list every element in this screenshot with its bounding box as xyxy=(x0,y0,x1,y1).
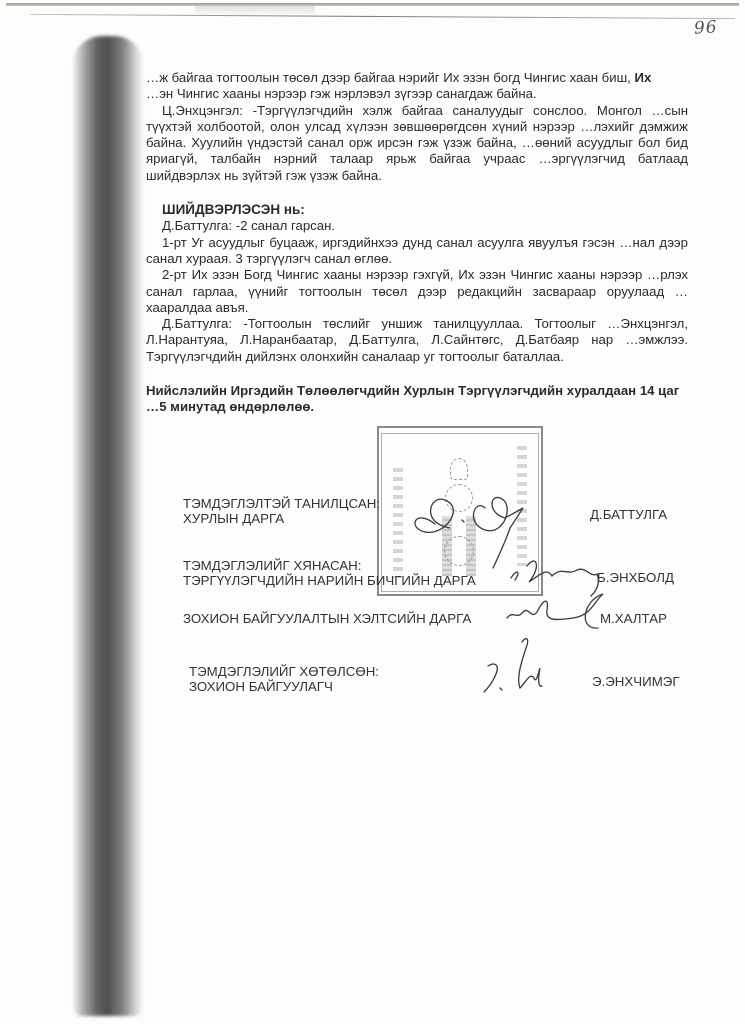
signature-4-label: ТЭМДЭГЛЭЛИЙГ ХӨТӨЛСӨН: ЗОХИОН БАЙГУУЛАГЧ xyxy=(189,664,379,694)
closing-line-2: …5 минутад өндөрлөлөө. xyxy=(146,399,688,415)
scan-edge-line xyxy=(30,14,735,19)
spacer xyxy=(146,184,688,202)
signature-3-label: ЗОХИОН БАЙГУУЛАЛТЫН ХЭЛТСИЙН ДАРГА xyxy=(183,611,471,626)
signature-4-name: Э.ЭНХЧИМЭГ xyxy=(592,674,680,689)
paragraph-1-line2: …эн Чингис хааны нэрээр гэж нэрлэвэл зүг… xyxy=(146,86,537,101)
decision-heading: ШИЙДВЭРЛЭСЭН нь: xyxy=(146,202,688,218)
signature-1-label-line2: ХУРЛЫН ДАРГА xyxy=(183,511,380,526)
signature-1-label: ТЭМДЭГЛЭЛТЭЙ ТАНИЛЦСАН: ХУРЛЫН ДАРГА xyxy=(183,496,380,526)
decision-item-4: Д.Баттулга: -Тогтоолын төслийг уншиж тан… xyxy=(146,316,688,365)
decision-item-3: 2-рт Их эзэн Богд Чингис хааны нэрээр гэ… xyxy=(146,267,688,316)
spacer xyxy=(146,365,688,383)
signature-2-label-line2: ТЭРГҮҮЛЭГЧДИЙН НАРИЙН БИЧГИЙН ДАРГА xyxy=(183,573,476,588)
paragraph-1-text: …ж байгаа тогтоолын төсөл дээр байгаа нэ… xyxy=(146,70,634,85)
document-body: …ж байгаа тогтоолын төсөл дээр байгаа нэ… xyxy=(146,70,688,416)
signature-2-label-line1: ТЭМДЭГЛЭЛИЙГ ХЯНАСАН: xyxy=(183,558,476,573)
soyombo-flame-icon xyxy=(450,458,468,480)
binding-shadow xyxy=(72,36,144,1016)
decision-item-1: Д.Баттулга: -2 санал гарсан. xyxy=(146,218,688,234)
signature-1-name: Д.БАТТУЛГА xyxy=(590,507,667,522)
signature-4-label-line1: ТЭМДЭГЛЭЛИЙГ ХӨТӨЛСӨН: xyxy=(189,664,379,679)
paragraph-1-bold: Их xyxy=(634,70,651,85)
page-number: 96 xyxy=(693,17,718,39)
scan-edge-top xyxy=(6,3,739,6)
decision-item-2: 1-рт Уг асуудлыг буцааж, иргэдийнхээ дун… xyxy=(146,235,688,268)
closing-line-1: Нийслэлийн Иргэдийн Төлөөлөгчдийн Хурлын… xyxy=(146,383,688,399)
signature-2-label: ТЭМДЭГЛЭЛИЙГ ХЯНАСАН: ТЭРГҮҮЛЭГЧДИЙН НАР… xyxy=(183,558,476,588)
paragraph-2: Ц.Энхцэнгэл: -Тэргүүлэгчдийн хэлж байгаа… xyxy=(146,103,688,184)
signature-1-label-line1: ТЭМДЭГЛЭЛТЭЙ ТАНИЛЦСАН: xyxy=(183,496,380,511)
signature-4-label-line2: ЗОХИОН БАЙГУУЛАГЧ xyxy=(189,679,379,694)
signature-4-scribble xyxy=(482,628,562,698)
paragraph-1: …ж байгаа тогтоолын төсөл дээр байгаа нэ… xyxy=(146,70,688,103)
